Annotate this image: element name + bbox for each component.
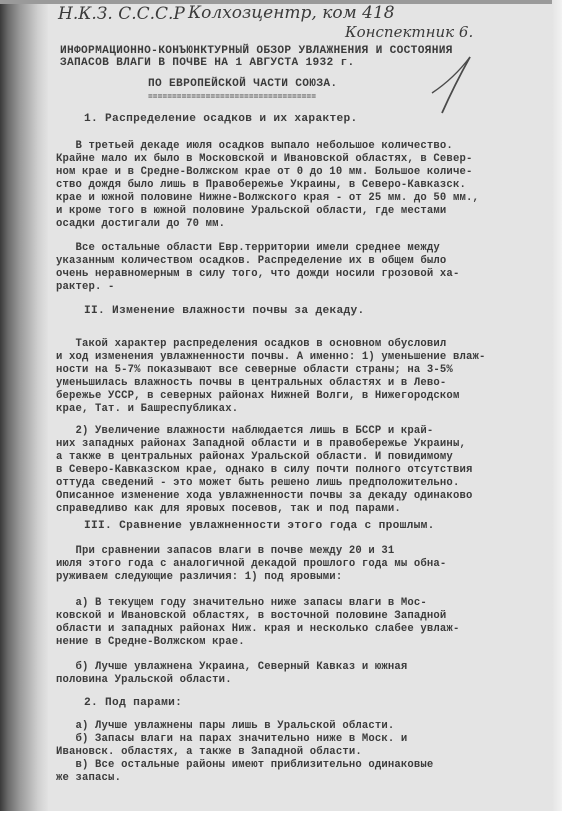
- text-line: а) Лучше увлажнены пары лишь в Уральской…: [56, 720, 394, 733]
- text-line: ном крае и в Средне-Волжском крае от 0 д…: [56, 166, 472, 179]
- text-line: При сравнении запасов влаги в почве межд…: [56, 545, 394, 558]
- text-line: в) Все остальные районы имеют приблизите…: [56, 759, 433, 772]
- text-line: справедливо как для яровых посевов, так …: [56, 503, 401, 516]
- document-title-line-2: ЗАПАСОВ ВЛАГИ В ПОЧВЕ НА 1 АВГУСТА 1932 …: [60, 57, 355, 70]
- text-line: В третьей декаде июля осадков выпало неб…: [56, 140, 453, 153]
- text-line: области и западных районах Ниж. края и н…: [56, 623, 459, 636]
- text-line: Ивановск. областях, а также в Западной о…: [56, 746, 362, 759]
- text-line: Крайне мало их было в Московской и Ивано…: [56, 153, 472, 166]
- handwritten-file-ref: Колхозцентр, ком 418: [188, 3, 395, 23]
- text-line: а также в центральных районах Уральской …: [56, 451, 453, 464]
- text-line: крае, Тат. и Башреспубликах.: [56, 403, 238, 416]
- text-line: Такой характер распределения осадков в о…: [56, 338, 446, 351]
- scan-binding-shadow: [0, 0, 48, 819]
- section-3-heading: III. Сравнение увлажненности этого года …: [84, 520, 435, 533]
- text-line: а) В текущем году значительно ниже запас…: [56, 597, 427, 610]
- text-line: них западных районах Западной области и …: [56, 438, 466, 451]
- text-line: в Северо-Кавказском крае, однако в силу …: [56, 464, 472, 477]
- document-title-line-3: ПО ЕВРОПЕЙСКОЙ ЧАСТИ СОЮЗА.: [148, 78, 337, 91]
- text-line: ство дождя было лишь в Правобережье Укра…: [56, 179, 466, 192]
- text-line: и ход изменения увлажненности почвы. А и…: [56, 351, 485, 364]
- text-line: рактер. -: [56, 281, 115, 294]
- title-underline: ===================================: [148, 93, 316, 102]
- text-line: б) Запасы влаги на парах значительно ниж…: [56, 733, 407, 746]
- text-line: половина Уральской области.: [56, 674, 232, 687]
- text-line: ности на 5-7% показывают все северные об…: [56, 364, 453, 377]
- handwritten-page-number-one: [430, 55, 490, 115]
- text-line: очень неравномерным в силу того, что дож…: [56, 268, 459, 281]
- scan-bottom-edge: [0, 811, 562, 819]
- text-line: бережье УССР, в северных районах Нижней …: [56, 390, 459, 403]
- scanned-document-page: Н.К.З. С.С.С.Р Колхозцентр, ком 418 Конс…: [0, 0, 562, 819]
- section-1-heading: 1. Распределение осадков и их характер.: [84, 113, 358, 126]
- text-line: июля этого года с аналогичной декадой пр…: [56, 558, 446, 571]
- text-line: и кроме того в южной половине Уральской …: [56, 205, 446, 218]
- text-line: оттуда сведений - это может быть решено …: [56, 477, 459, 490]
- handwritten-copy-note: Конспектник 6.: [345, 23, 473, 41]
- text-line: осадки достигали до 70 мм.: [56, 218, 225, 231]
- text-line: же запасы.: [56, 772, 121, 785]
- text-line: крае и южной половине Нижне-Волжского кр…: [56, 192, 479, 205]
- subsection-fallow-heading: 2. Под парами:: [84, 697, 182, 710]
- section-2-heading: II. Изменение влажности почвы за декаду.: [84, 305, 365, 318]
- text-line: руживаем следующие различия: 1) под яров…: [56, 571, 342, 584]
- text-line: нение в Средне-Волжском крае.: [56, 636, 245, 649]
- text-line: Описанное изменение хода увлажненности п…: [56, 490, 472, 503]
- scan-right-edge: [552, 0, 562, 819]
- text-line: 2) Увеличение влажности наблюдается лишь…: [56, 425, 433, 438]
- text-line: Все остальные области Евр.территории име…: [56, 242, 440, 255]
- text-line: б) Лучше увлажнена Украина, Северный Кав…: [56, 661, 407, 674]
- text-line: указанным количеством осадков. Распредел…: [56, 255, 446, 268]
- handwritten-archive-ref: Н.К.З. С.С.С.Р: [58, 4, 185, 24]
- text-line: уменьшилась влажность почвы в центральны…: [56, 377, 446, 390]
- text-line: ковской и Ивановской областях, в восточн…: [56, 610, 446, 623]
